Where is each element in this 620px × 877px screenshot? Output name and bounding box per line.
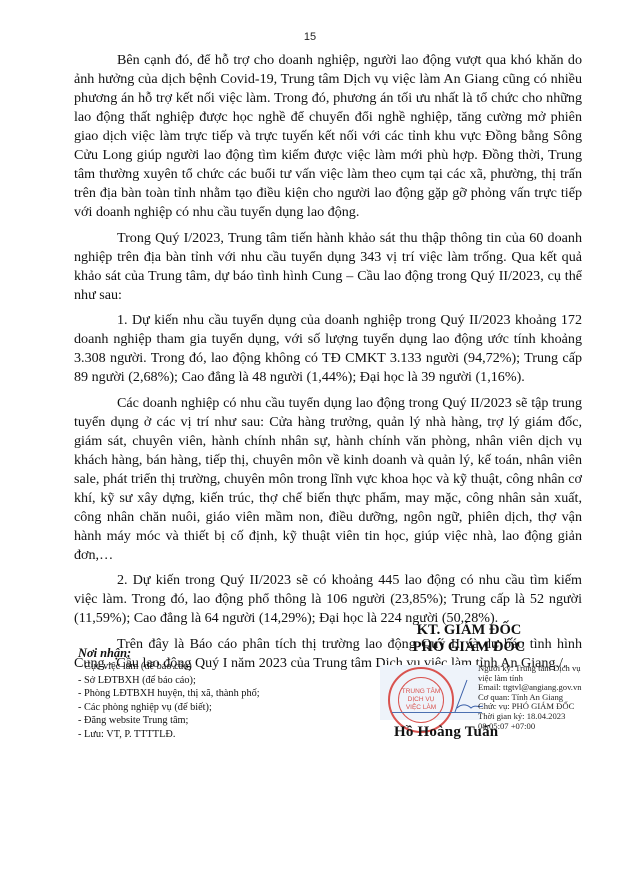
stamp-text: DỊCH VỤ xyxy=(408,696,435,704)
stamp-text: TRUNG TÂM xyxy=(402,688,441,696)
signature-title-line1: KT. GIÁM ĐỐC xyxy=(380,622,558,639)
page-number: 15 xyxy=(0,31,620,43)
recipient-item: - Các phòng nghiệp vụ (để biết); xyxy=(78,701,338,715)
paragraph-demand-forecast: 1. Dự kiến nhu cầu tuyển dụng của doanh … xyxy=(74,311,582,387)
recipient-item: - Đăng website Trung tâm; xyxy=(78,714,338,728)
paragraph-support: Bên cạnh đó, để hỗ trợ cho doanh nghiệp,… xyxy=(74,51,582,222)
signature-title: KT. GIÁM ĐỐC PHÓ GIÁM ĐỐC xyxy=(380,622,558,656)
paragraph-positions: Các doanh nghiệp có nhu cầu tuyển dụng l… xyxy=(74,394,582,565)
recipient-item: - Sở LĐTBXH (để báo cáo); xyxy=(78,674,338,688)
document-body: Bên cạnh đó, để hỗ trợ cho doanh nghiệp,… xyxy=(74,51,582,679)
recipient-item: - Cục việc làm (để báo cáo) xyxy=(78,660,338,674)
signature-title-line2: PHÓ GIÁM ĐỐC xyxy=(380,639,558,656)
signature-line xyxy=(392,712,482,713)
recipients-title: Nơi nhận: xyxy=(78,646,338,660)
paragraph-survey: Trong Quý I/2023, Trung tâm tiến hành kh… xyxy=(74,229,582,305)
recipient-item: - Lưu: VT, P. TTTTLĐ. xyxy=(78,728,338,742)
signer-name: Hồ Hoàng Tuấn xyxy=(394,724,498,741)
digital-signature-info: Người ký: Trung tâm Dịch vụ việc làm tỉn… xyxy=(478,664,608,731)
stamp-text: VIỆC LÀM xyxy=(406,704,436,712)
recipient-item: - Phòng LĐTBXH huyện, thị xã, thành phố; xyxy=(78,687,338,701)
recipients-block: Nơi nhận: - Cục việc làm (để báo cáo) - … xyxy=(78,646,338,742)
paragraph-supply-forecast: 2. Dự kiến trong Quý II/2023 sẽ có khoản… xyxy=(74,571,582,628)
